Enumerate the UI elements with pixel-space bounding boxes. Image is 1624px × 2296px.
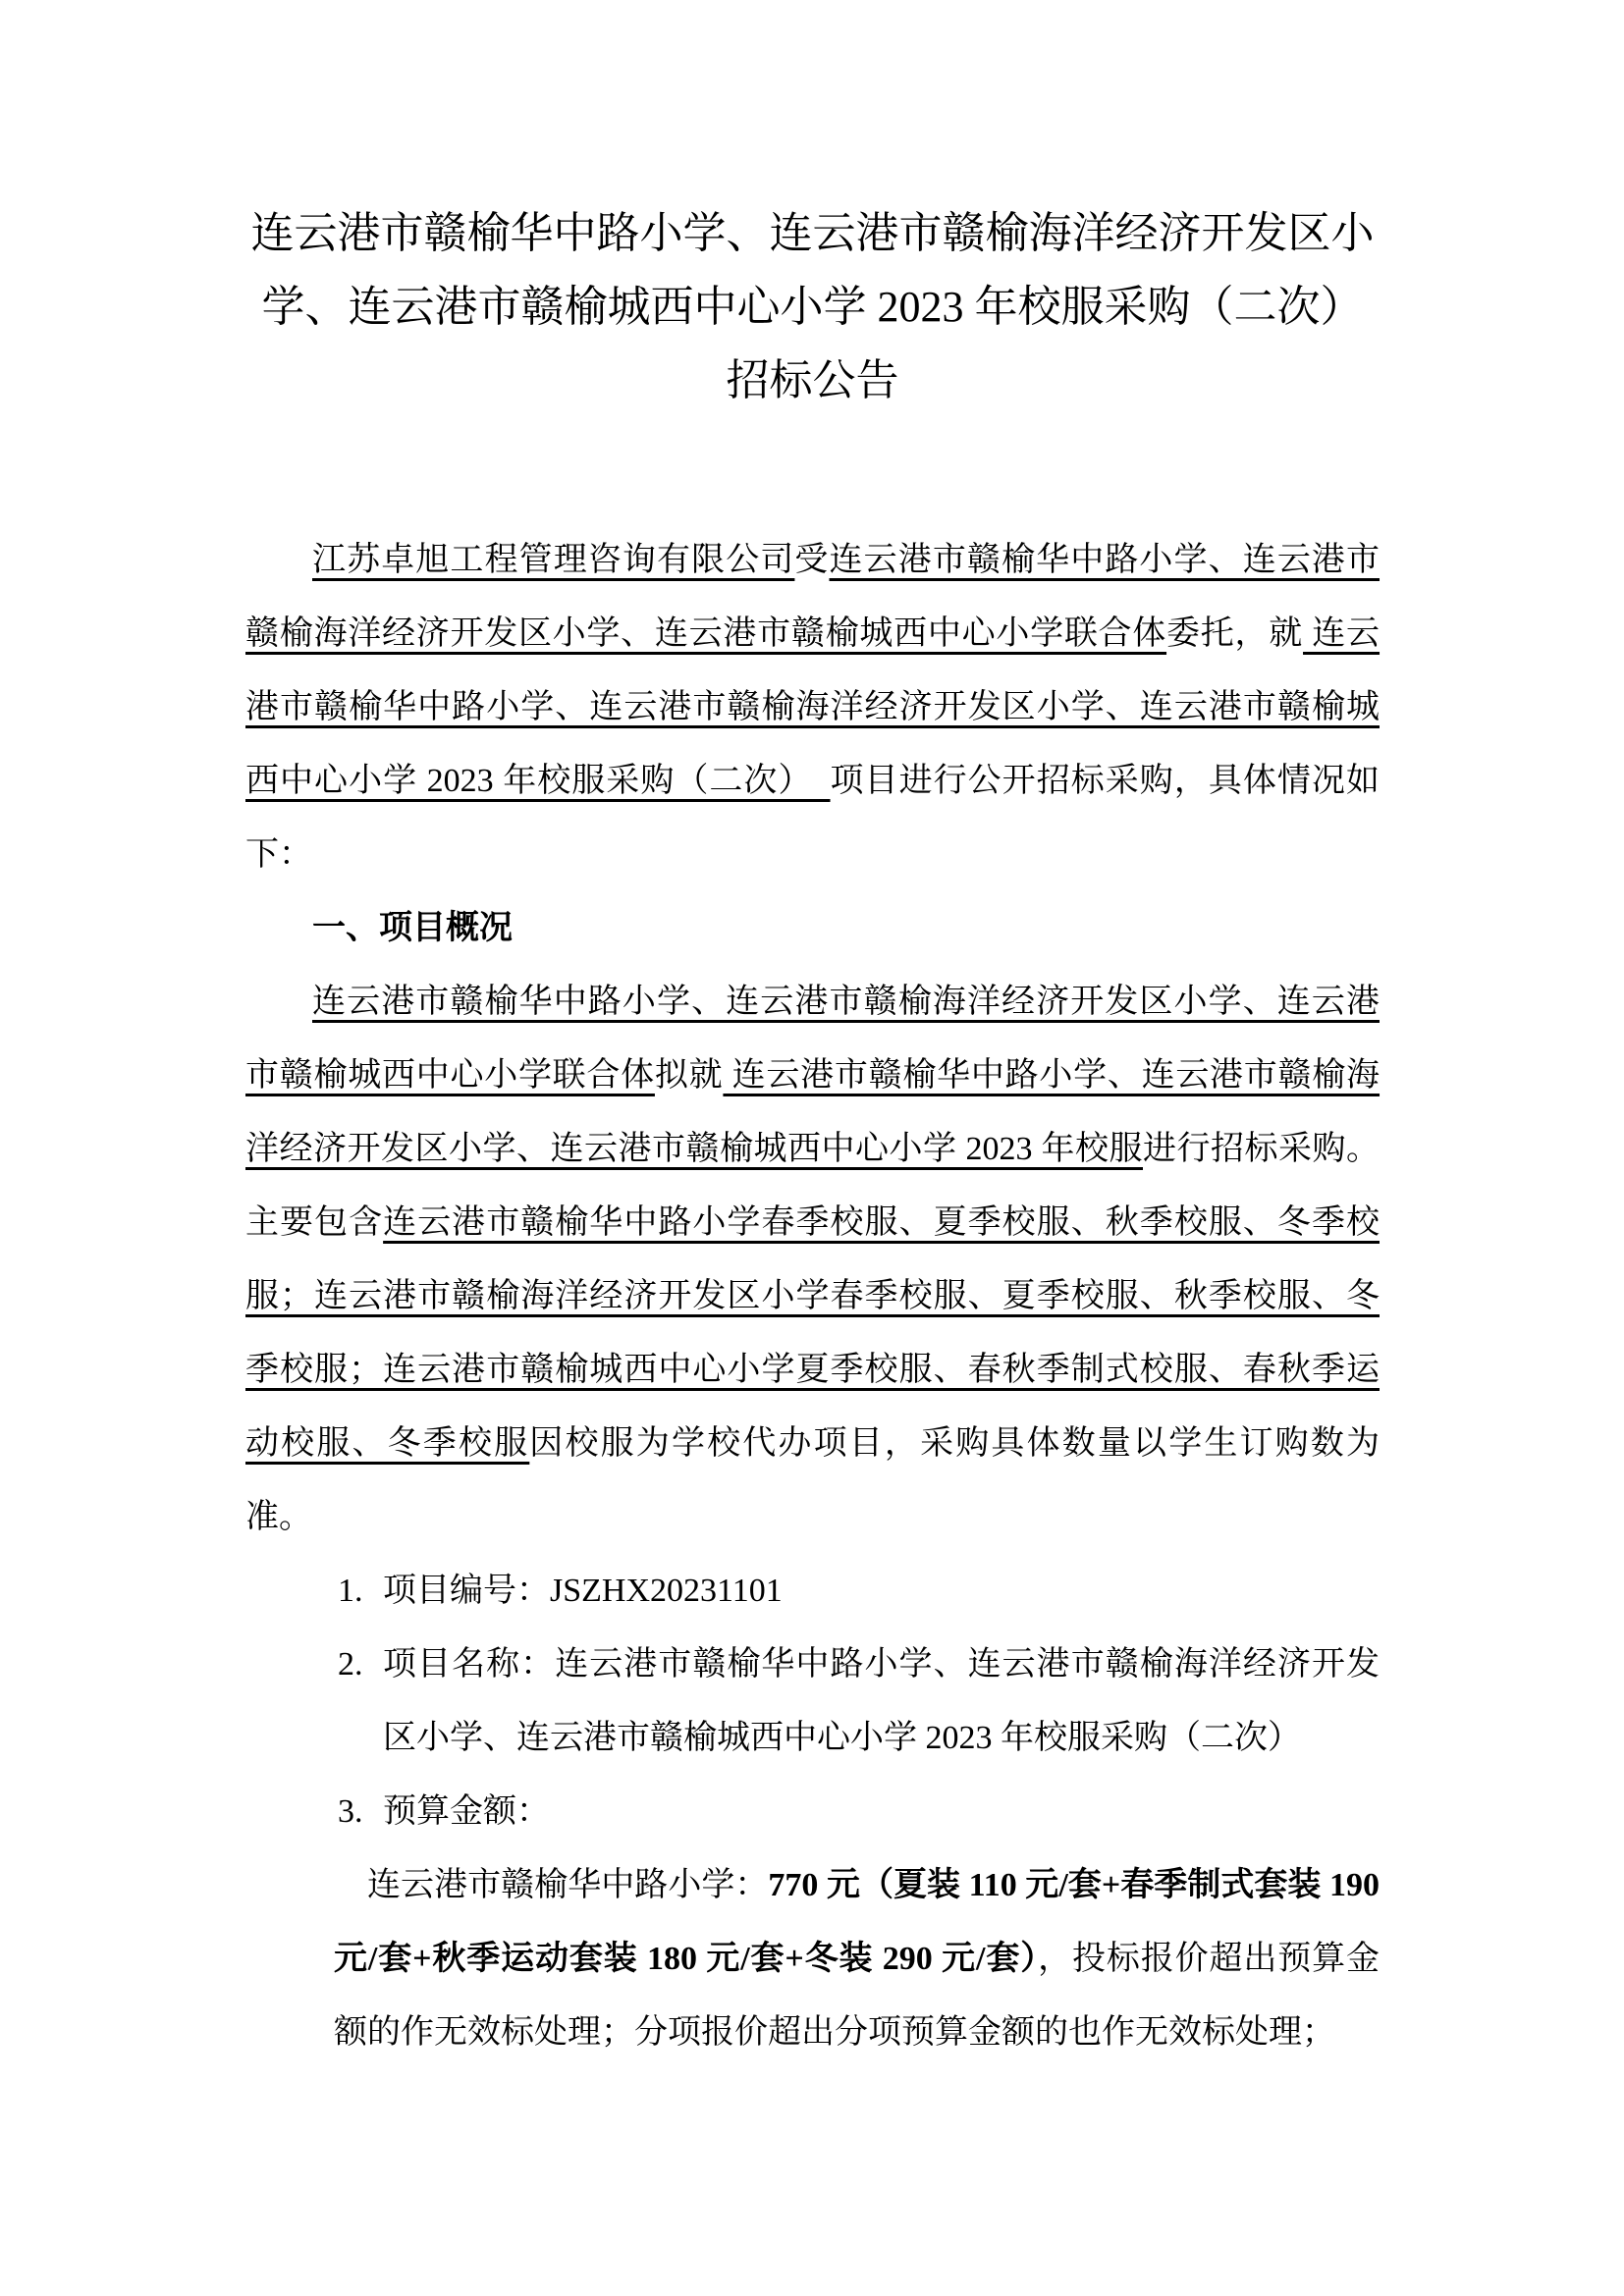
title-line-3: 招标公告 [245, 344, 1380, 417]
item-number: 2. [338, 1628, 363, 1701]
budget-paragraph: 连云港市赣榆华中路小学：770 元（夏装 110 元/套+春季制式套装 190 … [334, 1848, 1380, 2069]
section-heading-project-overview: 一、项目概况 [245, 891, 1380, 965]
document-title: 连云港市赣榆华中路小学、连云港市赣榆海洋经济开发区小 学、连云港市赣榆城西中心小… [245, 196, 1380, 417]
item-label: 预算金额： [383, 1793, 550, 1830]
overview-run-uniform-list: 连云港市赣榆华中路小学春季校服、夏季校服、秋季校服、冬季校服；连云港市赣榆海洋经… [245, 1204, 1380, 1462]
document-content: 连云港市赣榆华中路小学、连云港市赣榆海洋经济开发区小 学、连云港市赣榆城西中心小… [245, 0, 1380, 2069]
intro-run-agency-name: 江苏卓旭工程管理咨询有限公司 [312, 542, 794, 578]
intro-paragraph: 江苏卓旭工程管理咨询有限公司受连云港市赣榆华中路小学、连云港市赣榆海洋经济开发区… [245, 523, 1380, 891]
title-line-2: 学、连云港市赣榆城西中心小学 2023 年校服采购（二次） [245, 270, 1380, 344]
document-page: 连云港市赣榆华中路小学、连云港市赣榆海洋经济开发区小 学、连云港市赣榆城西中心小… [0, 0, 1624, 2296]
intro-run-entrusted: 委托，就 [1166, 615, 1303, 652]
budget-run-school-name: 连云港市赣榆华中路小学： [367, 1867, 768, 1903]
overview-run-intends: 拟就 [655, 1057, 724, 1094]
list-item-project-name: 2.项目名称：连云港市赣榆华中路小学、连云港市赣榆海洋经济开发区小学、连云港市赣… [245, 1628, 1380, 1775]
item-label: 项目名称： [383, 1646, 555, 1682]
list-item-project-number: 1.项目编号：JSZHX20231101 [245, 1554, 1380, 1628]
item-label: 项目编号： [383, 1573, 550, 1609]
item-number: 3. [338, 1775, 363, 1848]
title-line-1: 连云港市赣榆华中路小学、连云港市赣榆海洋经济开发区小 [245, 196, 1380, 270]
overview-paragraph: 连云港市赣榆华中路小学、连云港市赣榆海洋经济开发区小学、连云港市赣榆城西中心小学… [245, 965, 1380, 1554]
intro-run-received: 受 [794, 542, 829, 578]
item-number: 1. [338, 1554, 363, 1628]
item-value: JSZHX20231101 [550, 1573, 783, 1609]
list-item-budget-amount: 3.预算金额： [245, 1775, 1380, 1848]
